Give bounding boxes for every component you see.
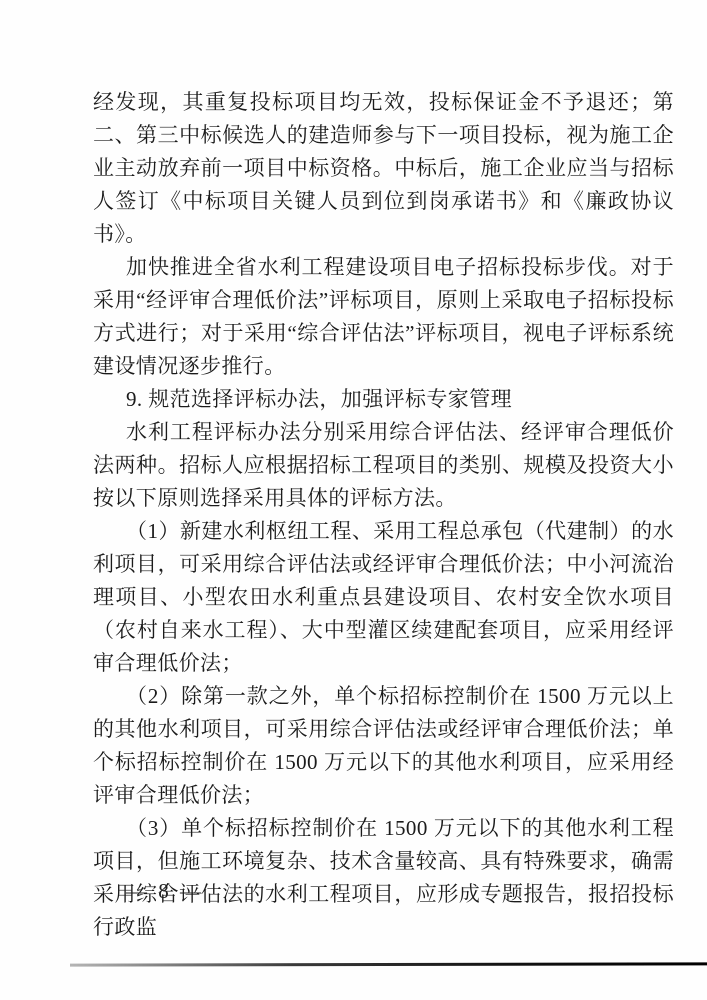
- paragraph: 经发现，其重复投标项目均无效，投标保证金不予退还；第二、第三中标候选人的建造师参…: [93, 86, 674, 251]
- paragraph: 水利工程评标办法分别采用综合评估法、经评审合理低价法两种。招标人应根据招标工程项…: [93, 416, 674, 515]
- document-page: 经发现，其重复投标项目均无效，投标保证金不予退还；第二、第三中标候选人的建造师参…: [0, 0, 707, 1000]
- paragraph: （3）单个标招标控制价在 1500 万元以下的其他水利工程项目，但施工环境复杂、…: [93, 812, 674, 944]
- paragraph: 加快推进全省水利工程建设项目电子招标投标步伐。对于采用“经评审合理低价法”评标项…: [93, 251, 674, 383]
- paragraph: （2）除第一款之外，单个标招标控制价在 1500 万元以上的其他水利项目，可采用…: [93, 680, 674, 812]
- scan-artifact-line: [70, 962, 707, 966]
- page-body-text: 经发现，其重复投标项目均无效，投标保证金不予退还；第二、第三中标候选人的建造师参…: [93, 86, 674, 944]
- page-number: — 8 —: [126, 879, 204, 904]
- section-heading: 9. 规范选择评标办法，加强评标专家管理: [93, 383, 674, 416]
- paragraph: （1）新建水利枢纽工程、采用工程总承包（代建制）的水利项目，可采用综合评估法或经…: [93, 515, 674, 680]
